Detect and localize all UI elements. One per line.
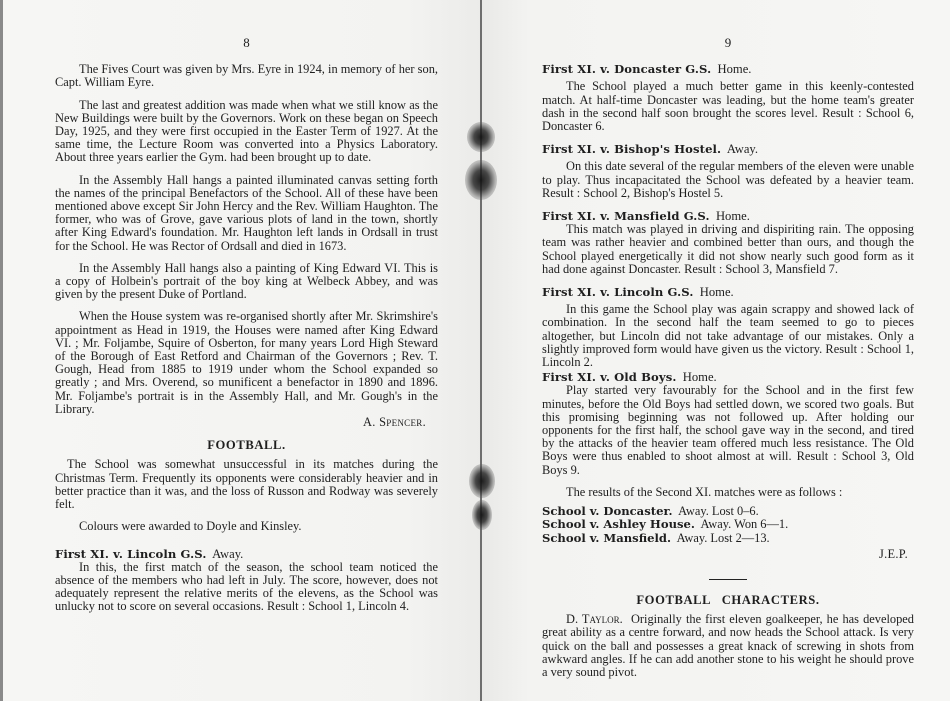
- section-divider: [709, 579, 747, 580]
- section-title-football: FOOTBALL.: [55, 439, 438, 452]
- character-entry: D. Taylor. Originally the first eleven g…: [542, 613, 914, 679]
- right-page: 9 First XI. v. Doncaster G.S. Home. The …: [482, 0, 950, 701]
- author-signature: A. Spencer.: [55, 416, 438, 429]
- football-intro: The School was somewhat unsuccessful in …: [55, 458, 438, 511]
- match-report: The School played a much better game in …: [542, 80, 914, 133]
- match-heading: First XI. v. Lincoln G.S. Home.: [542, 286, 914, 299]
- match-venue: Home.: [718, 62, 752, 76]
- binding-stain: [467, 122, 495, 152]
- binding-stain: [469, 464, 495, 498]
- character-name: D. Taylor.: [566, 612, 623, 626]
- match-teams: First XI. v. Old Boys.: [542, 370, 676, 384]
- result-teams: School v. Ashley House.: [542, 517, 695, 531]
- page-number: 9: [542, 36, 914, 49]
- binding-stain: [465, 160, 497, 200]
- book-spread: 8 The Fives Court was given by Mrs. Eyre…: [0, 0, 950, 701]
- paragraph: The Fives Court was given by Mrs. Eyre i…: [55, 63, 438, 89]
- colours-awarded: Colours were awarded to Doyle and Kinsle…: [55, 520, 438, 533]
- page-number: 8: [55, 36, 438, 49]
- match-teams: First XI. v. Lincoln G.S.: [55, 547, 206, 561]
- binding-stain: [472, 500, 492, 530]
- match-venue: Home.: [700, 285, 734, 299]
- right-page-content: 9 First XI. v. Doncaster G.S. Home. The …: [542, 36, 914, 679]
- author-signature: J.E.P.: [542, 548, 914, 561]
- match-report: In this, the first match of the season, …: [55, 561, 438, 614]
- page-edge: [0, 0, 3, 701]
- paragraph: When the House system was re-organised s…: [55, 310, 438, 416]
- paragraph: In the Assembly Hall hangs also a painti…: [55, 262, 438, 302]
- paragraph: In the Assembly Hall hangs a painted ill…: [55, 174, 438, 253]
- match-heading: First XI. v. Bishop's Hostel. Away.: [542, 143, 914, 156]
- result-detail: Away. Lost 0–6.: [678, 504, 759, 518]
- section-title-football-characters: FOOTBALL CHARACTERS.: [542, 594, 914, 607]
- match-venue: Home.: [683, 370, 717, 384]
- result-teams: School v. Mansfield.: [542, 531, 671, 545]
- match-report: In this game the School play was again s…: [542, 303, 914, 369]
- result-detail: Away. Won 6—1.: [701, 517, 789, 531]
- match-heading: First XI. v. Doncaster G.S. Home.: [542, 63, 914, 76]
- second-xi-intro: The results of the Second XI. matches we…: [542, 486, 914, 499]
- match-report: This match was played in driving and dis…: [542, 223, 914, 276]
- match-report: On this date several of the regular memb…: [542, 160, 914, 200]
- match-venue: Home.: [716, 209, 750, 223]
- book-spine: [480, 0, 482, 701]
- match-teams: First XI. v. Lincoln G.S.: [542, 285, 693, 299]
- second-xi-result: School v. Mansfield. Away. Lost 2—13.: [542, 532, 914, 545]
- match-venue: Away.: [727, 142, 758, 156]
- match-teams: First XI. v. Doncaster G.S.: [542, 62, 711, 76]
- result-teams: School v. Doncaster.: [542, 504, 673, 518]
- result-detail: Away. Lost 2—13.: [677, 531, 770, 545]
- match-venue: Away.: [212, 547, 243, 561]
- paragraph: The last and greatest addition was made …: [55, 99, 438, 165]
- match-report: Play started very favourably for the Sch…: [542, 384, 914, 476]
- left-page: 8 The Fives Court was given by Mrs. Eyre…: [0, 0, 481, 701]
- match-teams: First XI. v. Bishop's Hostel.: [542, 142, 721, 156]
- match-heading: First XI. v. Lincoln G.S. Away.: [55, 548, 438, 561]
- match-teams: First XI. v. Mansfield G.S.: [542, 209, 710, 223]
- left-page-content: 8 The Fives Court was given by Mrs. Eyre…: [55, 36, 438, 614]
